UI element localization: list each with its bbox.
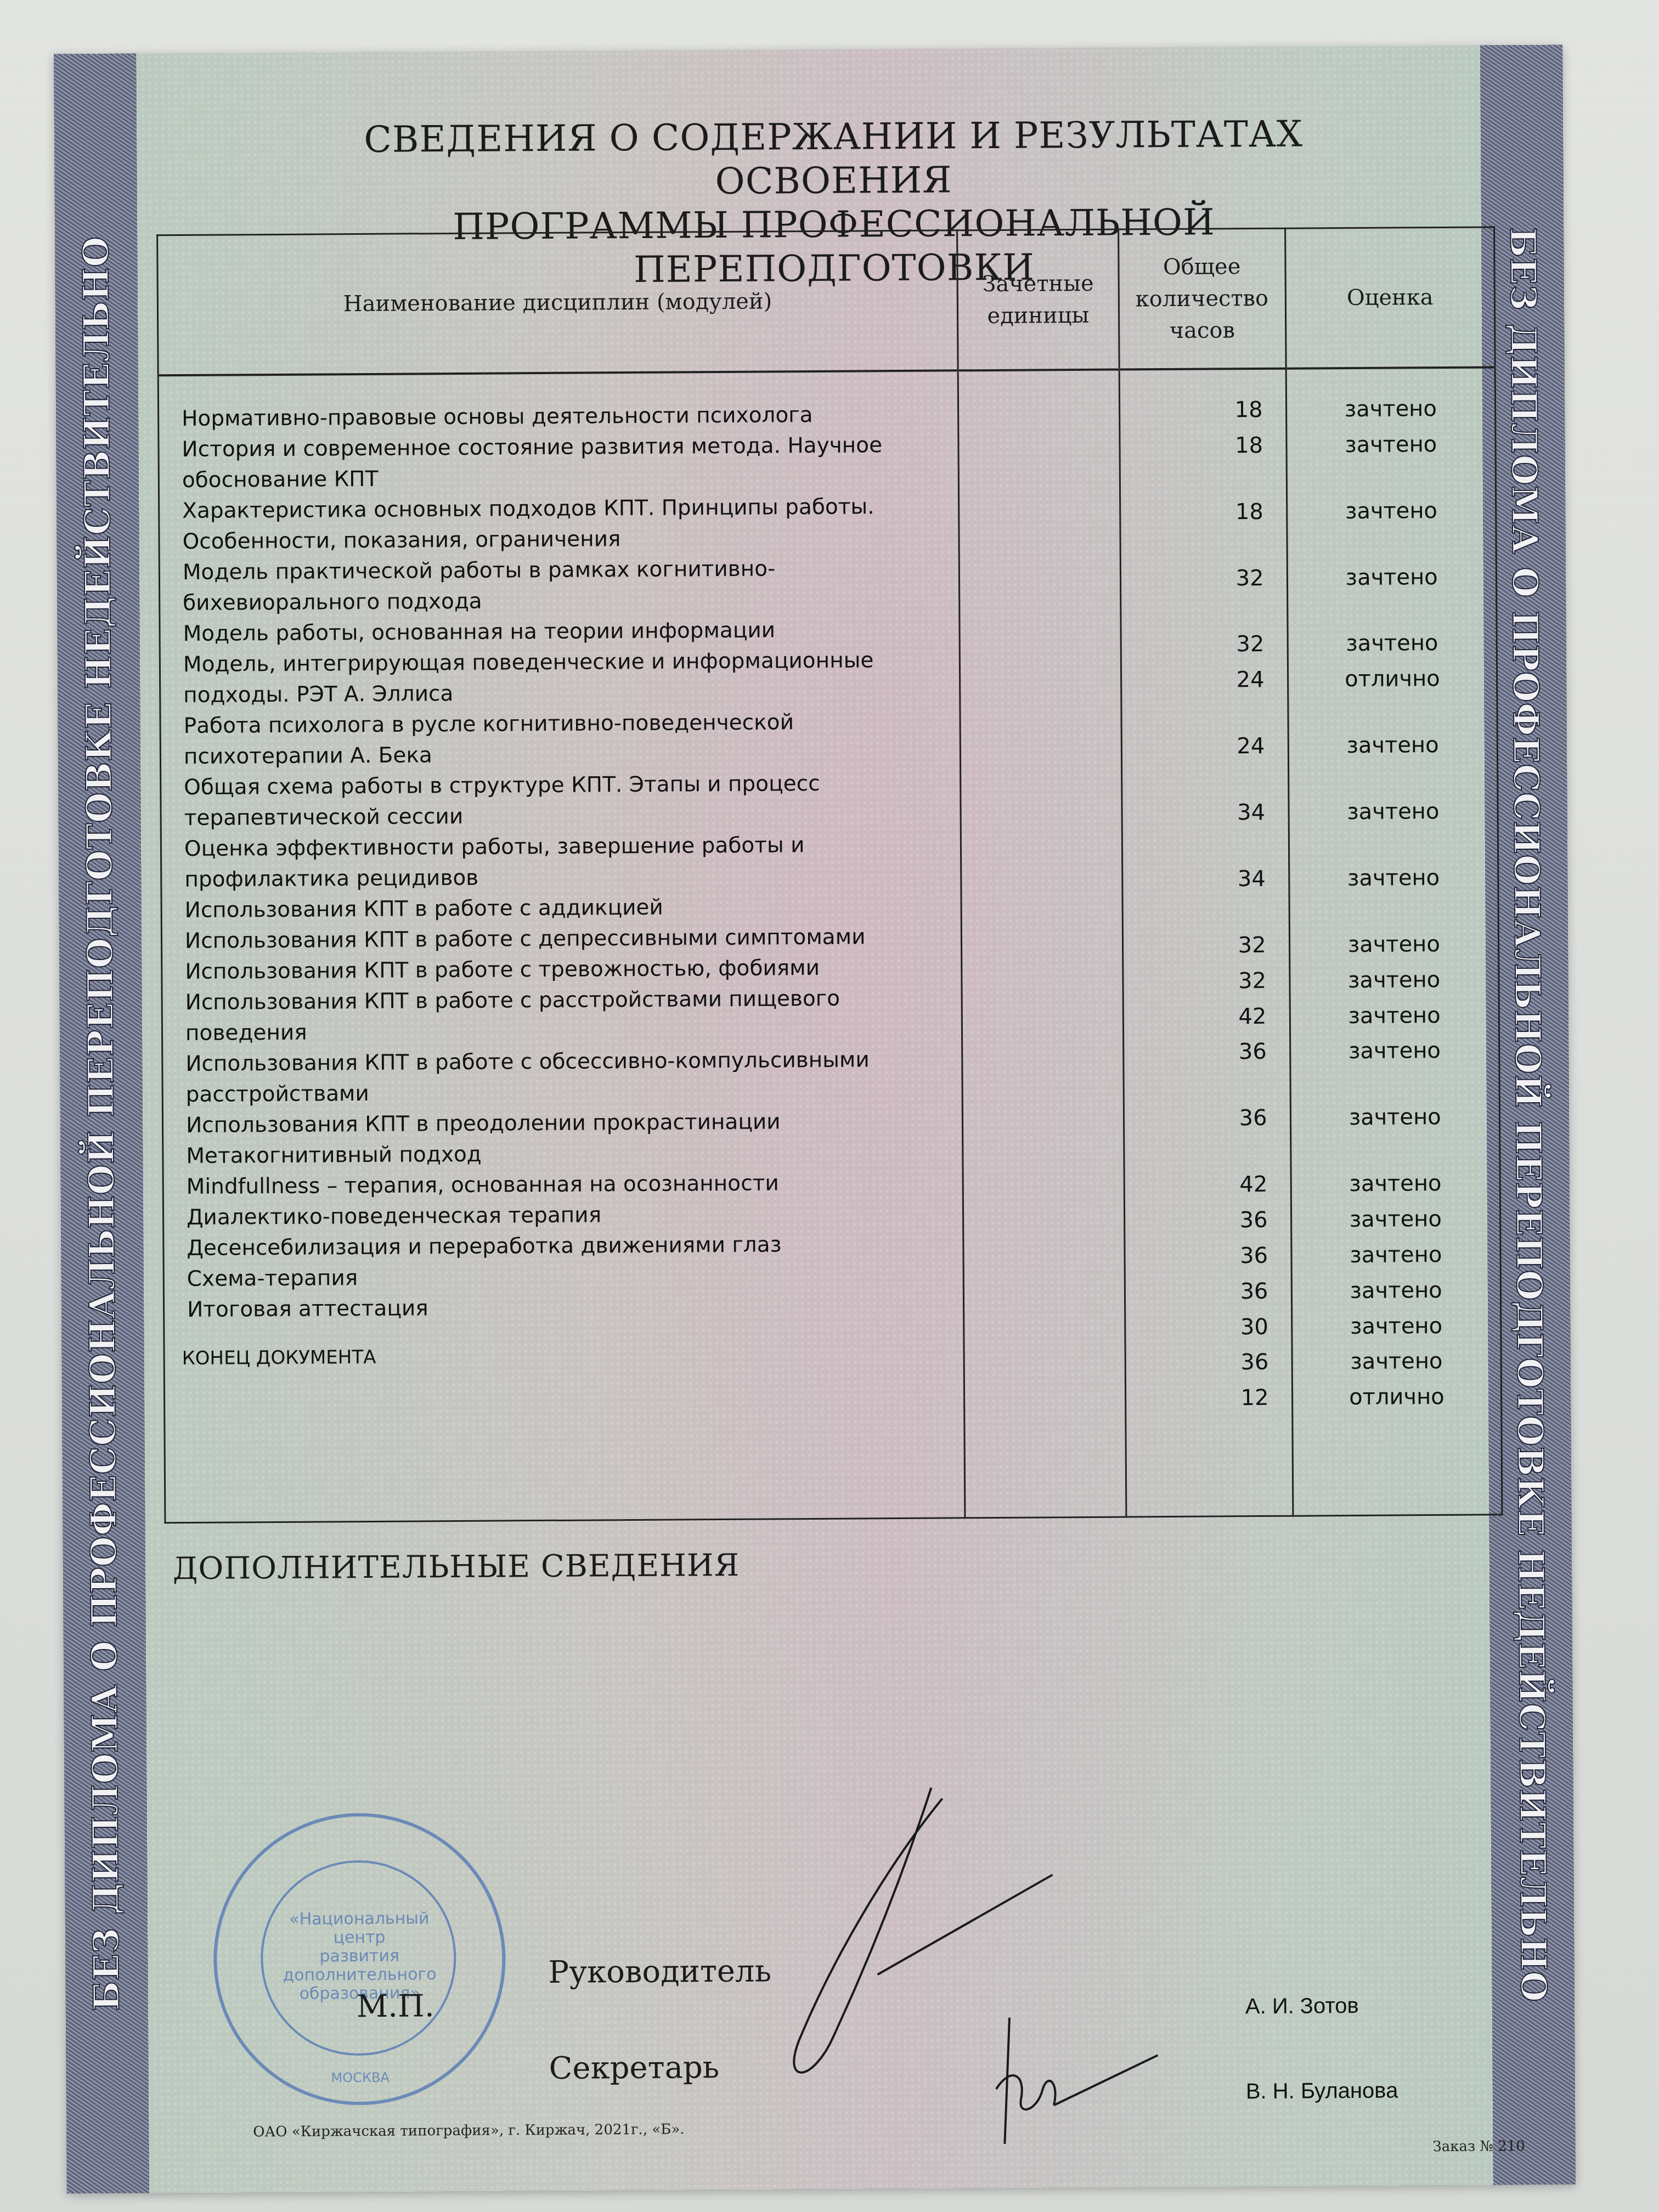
- grade-value: зачтено: [1289, 630, 1496, 667]
- order-number: Заказ № 210: [1432, 2138, 1525, 2155]
- left-security-border: БЕЗ ДИПЛОМА О ПРОФЕССИОНАЛЬНОЙ ПЕРЕПОДГО…: [54, 54, 149, 2194]
- hours-value: 30: [1126, 1314, 1290, 1351]
- credit-units-cell: [958, 370, 1126, 1518]
- stamp-ring-city: МОСКВА: [218, 2069, 503, 2086]
- diploma-sheet: БЕЗ ДИПЛОМА О ПРОФЕССИОНАЛЬНОЙ ПЕРЕПОДГО…: [54, 45, 1576, 2194]
- hours-cell: 1818183232242434343232423636423636363036…: [1119, 369, 1293, 1517]
- hours-value: 24: [1122, 733, 1287, 801]
- hours-value: 18: [1121, 397, 1285, 434]
- grade-value: зачтено: [1290, 865, 1497, 932]
- hours-value: 34: [1124, 866, 1288, 934]
- grade-value: зачтено: [1288, 498, 1495, 565]
- grade-value: зачтено: [1293, 1277, 1499, 1314]
- table-header-row: Наименование дисциплин (модулей) Зачетны…: [157, 227, 1496, 375]
- hours-value: 36: [1126, 1243, 1290, 1280]
- discipline-name: Десенсебилизация и переработка движениям…: [165, 1229, 814, 1264]
- discipline-name: Модель, интегрирующая поведенческие и ин…: [161, 645, 959, 711]
- hours-value: 18: [1121, 499, 1286, 566]
- grade-value: зачтено: [1290, 931, 1497, 968]
- printer-imprint: ОАО «Киржачская типография», г. Киржач, …: [253, 2121, 684, 2140]
- discipline-name: Mindfullness – терапия, основанная на ос…: [165, 1168, 812, 1203]
- grade-value: зачтено: [1288, 564, 1495, 631]
- table-row: Работа психолога в русле когнитивно-пове…: [161, 706, 959, 772]
- table-row: Десенсебилизация и переработка движениям…: [165, 1228, 962, 1264]
- header-grade: Оценка: [1285, 227, 1495, 369]
- table-row: Схема-терапия: [165, 1259, 962, 1295]
- grade-value: зачтено: [1291, 1038, 1498, 1105]
- table-row: Общая схема работы в структуре КПТ. Этап…: [162, 768, 960, 834]
- discipline-name: Использования КПТ в преодолении прокраст…: [164, 1107, 814, 1141]
- grade-value: отлично: [1289, 666, 1496, 733]
- grade-value: зачтено: [1293, 1206, 1499, 1243]
- hours-value: 18: [1121, 433, 1285, 500]
- discipline-name: История и современное состояние развития…: [160, 430, 957, 496]
- table-row: Модель, интегрирующая поведенческие и ин…: [161, 645, 959, 711]
- grade-value: зачтено: [1291, 1104, 1498, 1172]
- discipline-name: Оценка эффективности работы, завершение …: [162, 829, 960, 895]
- table-body-row: Нормативно-правовые основы деятельности …: [158, 367, 1502, 1522]
- discipline-name: Общая схема работы в структуре КПТ. Этап…: [162, 768, 960, 834]
- table-row: Использования КПТ в работе с обсессивно-…: [163, 1044, 961, 1110]
- discipline-name: Характеристика основных подходов КПТ. Пр…: [160, 491, 958, 557]
- table-row: Модель практической работы в рамках когн…: [161, 552, 958, 619]
- grade-value: зачтено: [1291, 967, 1498, 1003]
- discipline-name: Использования КПТ в работе с депрессивны…: [163, 922, 899, 957]
- table-row: Характеристика основных подходов КПТ. Пр…: [160, 491, 958, 557]
- discipline-name: Модель практической работы в рамках когн…: [161, 552, 958, 619]
- table-row: Использования КПТ в работе с аддикцией: [162, 890, 960, 926]
- grade-value: зачтено: [1288, 396, 1494, 432]
- grades-cell: зачтенозачтенозачтенозачтенозачтеноотлич…: [1286, 367, 1502, 1516]
- grade-value: зачтено: [1288, 431, 1494, 499]
- border-warning-text: БЕЗ ДИПЛОМА О ПРОФЕССИОНАЛЬНОЙ ПЕРЕПОДГО…: [76, 236, 128, 2011]
- hours-value: 36: [1126, 1278, 1290, 1315]
- grade-value: зачтено: [1289, 732, 1496, 800]
- grade-value: зачтено: [1293, 1242, 1499, 1278]
- hours-value: 12: [1127, 1385, 1291, 1422]
- hours-value: 32: [1121, 565, 1286, 633]
- discipline-name: Диалектико-поведенческая терапия: [165, 1200, 634, 1233]
- hours-value: 36: [1125, 1105, 1289, 1173]
- hours-value: 36: [1126, 1207, 1290, 1244]
- discipline-name: Схема-терапия: [165, 1263, 391, 1295]
- stamp-text-line: «Национальный: [217, 1909, 502, 1929]
- grade-value: зачтено: [1291, 1002, 1498, 1039]
- head-role-label: Руководитель: [548, 1954, 771, 1990]
- hours-value: 32: [1122, 631, 1286, 668]
- discipline-name: Использования КПТ в работе с тревожность…: [163, 953, 853, 988]
- secretary-role-label: Секретарь: [549, 2050, 719, 2086]
- discipline-name: Метакогнитивный подход: [164, 1139, 515, 1172]
- table-row: Модель работы, основанная на теории инфо…: [161, 614, 958, 650]
- hours-value: 34: [1123, 800, 1288, 867]
- table-row: История и современное состояние развития…: [160, 430, 957, 496]
- grade-value: зачтено: [1293, 1348, 1500, 1385]
- table-row: Использования КПТ в преодолении прокраст…: [164, 1105, 961, 1141]
- discipline-name: Использования КПТ в работе с аддикцией: [162, 892, 696, 926]
- hours-value: 36: [1125, 1039, 1289, 1107]
- discipline-name: Работа психолога в русле когнитивно-пове…: [161, 706, 959, 772]
- header-credit-units: Зачетные единицы: [957, 229, 1119, 370]
- secretary-signature-icon: [988, 2006, 1186, 2149]
- official-stamp: МОСКВА «Национальныйцентрразвитиядополни…: [213, 1812, 506, 2106]
- secretary-name: В. Н. Буланова: [1246, 2079, 1398, 2104]
- discipline-name: Модель работы, основанная на теории инфо…: [161, 615, 808, 650]
- table-row: Метакогнитивный подход: [164, 1136, 961, 1172]
- header-discipline-name: Наименование дисциплин (модулей): [157, 230, 958, 375]
- discipline-name: Итоговая аттестация: [165, 1293, 461, 1325]
- disciplines-table: Наименование дисциплин (модулей) Зачетны…: [156, 226, 1503, 1523]
- table-row: Использования КПТ в работе с тревожность…: [163, 952, 960, 988]
- grade-value: зачтено: [1292, 1170, 1499, 1207]
- hours-list: 1818183232242434343232423636423636363036…: [1121, 397, 1291, 1422]
- table-row: Диалектико-поведенческая терапия: [165, 1198, 962, 1233]
- discipline-name: Использования КПТ в работе с обсессивно-…: [163, 1044, 961, 1110]
- hours-value: 42: [1125, 1172, 1289, 1209]
- title-line-1: СВЕДЕНИЯ О СОДЕРЖАНИИ И РЕЗУЛЬТАТАХ ОСВО…: [285, 112, 1383, 206]
- hours-value: 36: [1126, 1350, 1290, 1386]
- head-name: А. И. Зотов: [1245, 1994, 1359, 2019]
- table-row: Использования КПТ в работе с депрессивны…: [163, 921, 960, 957]
- additional-info-title: ДОПОЛНИТЕЛЬНЫЕ СВЕДЕНИЯ: [173, 1548, 740, 1587]
- header-total-hours: Общее количество часов: [1118, 228, 1286, 369]
- hours-value: 32: [1124, 932, 1288, 969]
- table-row: Итоговая аттестация: [165, 1290, 962, 1325]
- discipline-names-cell: Нормативно-правовые основы деятельности …: [158, 370, 965, 1522]
- hours-value: 42: [1124, 1003, 1288, 1040]
- end-of-document-note: КОНЕЦ ДОКУМЕНТА: [166, 1342, 963, 1369]
- hours-value: 24: [1122, 667, 1287, 735]
- stamp-text-line: развития: [217, 1946, 502, 1967]
- grade-value: зачтено: [1293, 1313, 1500, 1350]
- stamp-place-mark: М.П.: [357, 1988, 435, 2024]
- discipline-name: Нормативно-правовые основы деятельности …: [160, 400, 846, 435]
- grade-value: отлично: [1294, 1384, 1500, 1421]
- table-row: Mindfullness – терапия, основанная на ос…: [165, 1167, 962, 1203]
- border-warning-text: БЕЗ ДИПЛОМА О ПРОФЕССИОНАЛЬНОЙ ПЕРЕПОДГО…: [1502, 227, 1554, 2002]
- table-row: Нормативно-правовые основы деятельности …: [160, 399, 957, 435]
- table-row: Использования КПТ в работе с расстройств…: [163, 983, 961, 1049]
- grade-value: зачтено: [1290, 798, 1497, 866]
- discipline-name: Использования КПТ в работе с расстройств…: [163, 983, 961, 1049]
- hours-value: 32: [1124, 968, 1288, 1005]
- stamp-text-line: центр: [217, 1928, 502, 1948]
- stamp-text-line: дополнительного: [217, 1965, 502, 1985]
- discipline-list: Нормативно-правовые основы деятельности …: [160, 399, 962, 1325]
- grades-list: зачтенозачтенозачтенозачтенозачтеноотлич…: [1288, 396, 1500, 1420]
- table-row: Оценка эффективности работы, завершение …: [162, 829, 960, 895]
- head-signature-icon: [766, 1776, 1076, 2096]
